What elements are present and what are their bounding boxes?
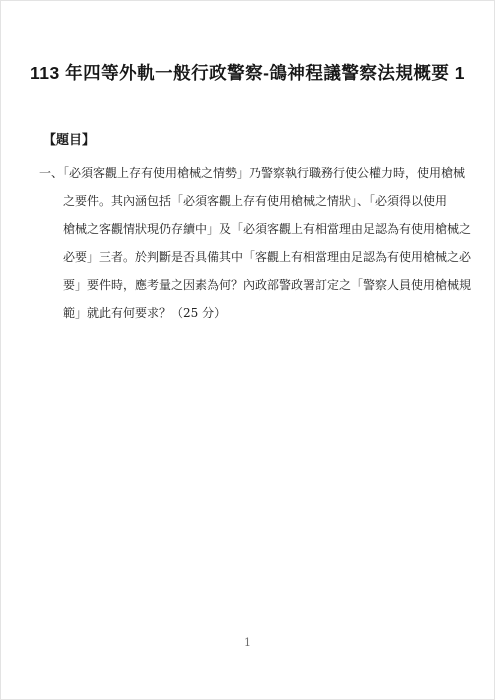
question-line: 一、「必須客觀上存有使用槍械之情勢」乃警察執行職務行使公權力時，使用槍械 [39,159,460,187]
section-header-question: 【題目】 [43,132,494,150]
question-number-marker: 一、 [39,166,63,180]
question-line: 槍械之客觀情狀現仍存續中」及「必須客觀上有相當理由足認為有使用槍械之 [39,215,460,243]
question-line: 範」就此有何要求？（25 分） [39,299,460,327]
question-line-text: 「必須客觀上存有使用槍械之情勢」乃警察執行職務行使公權力時，使用槍械 [63,166,465,180]
question-line: 之要件。其內涵包括「必須客觀上存有使用槍械之情狀」、「必須得以使用 [39,187,460,215]
question-line: 必要」三者。於判斷是否具備其中「客觀上有相當理由足認為有使用槍械之必 [39,243,460,271]
document-title: 113 年四等外軌一般行政警察-鴿神程議警察法規概要 1 [1,1,494,87]
question-block: 一、「必須客觀上存有使用槍械之情勢」乃警察執行職務行使公權力時，使用槍械 之要件… [39,159,460,327]
page-number: 1 [1,635,494,651]
question-line: 要」要件時，應考量之因素為何？內政部警政署訂定之「警察人員使用槍械規 [39,271,460,299]
document-page: 113 年四等外軌一般行政警察-鴿神程議警察法規概要 1 【題目】 一、「必須客… [0,0,495,700]
